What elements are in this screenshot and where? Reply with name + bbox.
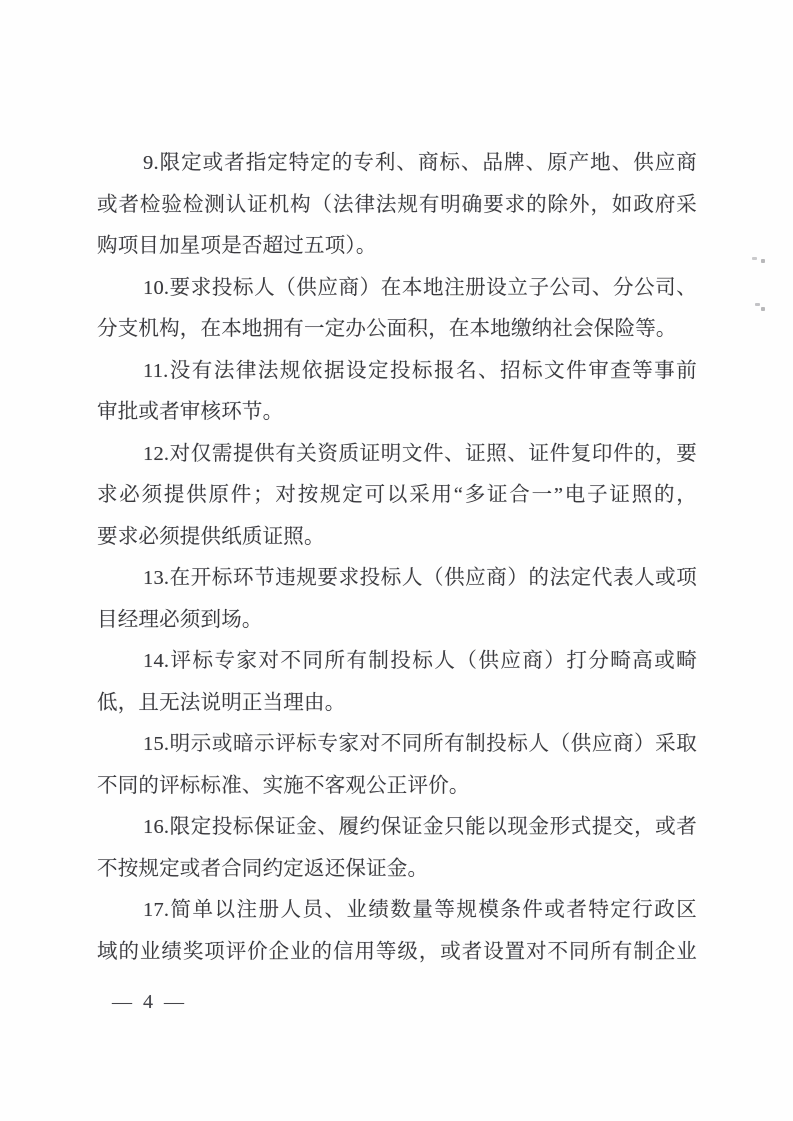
- text-line: 求必须提供原件；对按规定可以采用“多证合一”电子证照的，: [97, 475, 697, 517]
- paragraph-item-15: 15.明示或暗示评标专家对不同所有制投标人（供应商）采取不同的评标标准、实施不客…: [97, 724, 697, 807]
- text-line: 分支机构，在本地拥有一定办公面积，在本地缴纳社会保险等。: [97, 309, 697, 351]
- text-line: 域的业绩奖项评价企业的信用等级，或者设置对不同所有制企业: [97, 932, 697, 974]
- paragraph-item-14: 14.评标专家对不同所有制投标人（供应商）打分畸高或畸低，且无法说明正当理由。: [97, 641, 697, 724]
- document-page: 9.限定或者指定特定的专利、商标、品牌、原产地、供应商或者检验检测认证机构（法律…: [0, 0, 793, 1121]
- paragraph-item-10: 10.要求投标人（供应商）在本地注册设立子公司、分公司、分支机构，在本地拥有一定…: [97, 268, 697, 351]
- scan-speck: [761, 307, 765, 311]
- text-line: 目经理必须到场。: [97, 600, 697, 642]
- text-line: 审批或者审核环节。: [97, 392, 697, 434]
- text-line: 不按规定或者合同约定返还保证金。: [97, 849, 697, 891]
- text-line: 低，且无法说明正当理由。: [97, 683, 697, 725]
- text-line: 要求必须提供纸质证照。: [97, 517, 697, 559]
- page-number: — 4 —: [112, 991, 187, 1014]
- text-line: 12.对仅需提供有关资质证明文件、证照、证件复印件的，要: [97, 434, 697, 476]
- document-body: 9.限定或者指定特定的专利、商标、品牌、原产地、供应商或者检验检测认证机构（法律…: [97, 143, 697, 973]
- text-line: 14.评标专家对不同所有制投标人（供应商）打分畸高或畸: [97, 641, 697, 683]
- text-line: 15.明示或暗示评标专家对不同所有制投标人（供应商）采取: [97, 724, 697, 766]
- scan-speck: [761, 259, 765, 263]
- scan-speck: [755, 303, 760, 306]
- text-line: 不同的评标标准、实施不客观公正评价。: [97, 766, 697, 808]
- text-line: 10.要求投标人（供应商）在本地注册设立子公司、分公司、: [97, 268, 697, 310]
- paragraph-item-13: 13.在开标环节违规要求投标人（供应商）的法定代表人或项目经理必须到场。: [97, 558, 697, 641]
- paragraph-item-11: 11.没有法律法规依据设定投标报名、招标文件审查等事前审批或者审核环节。: [97, 351, 697, 434]
- text-line: 13.在开标环节违规要求投标人（供应商）的法定代表人或项: [97, 558, 697, 600]
- text-line: 9.限定或者指定特定的专利、商标、品牌、原产地、供应商: [97, 143, 697, 185]
- scan-speck: [752, 257, 757, 260]
- text-line: 11.没有法律法规依据设定投标报名、招标文件审查等事前: [97, 351, 697, 393]
- paragraph-item-17: 17.简单以注册人员、业绩数量等规模条件或者特定行政区域的业绩奖项评价企业的信用…: [97, 890, 697, 973]
- paragraph-item-12: 12.对仅需提供有关资质证明文件、证照、证件复印件的，要求必须提供原件；对按规定…: [97, 434, 697, 559]
- text-line: 购项目加星项是否超过五项）。: [97, 226, 697, 268]
- text-line: 或者检验检测认证机构（法律法规有明确要求的除外，如政府采: [97, 185, 697, 227]
- text-line: 16.限定投标保证金、履约保证金只能以现金形式提交，或者: [97, 807, 697, 849]
- text-line: 17.简单以注册人员、业绩数量等规模条件或者特定行政区: [97, 890, 697, 932]
- paragraph-item-16: 16.限定投标保证金、履约保证金只能以现金形式提交，或者不按规定或者合同约定返还…: [97, 807, 697, 890]
- paragraph-item-9: 9.限定或者指定特定的专利、商标、品牌、原产地、供应商或者检验检测认证机构（法律…: [97, 143, 697, 268]
